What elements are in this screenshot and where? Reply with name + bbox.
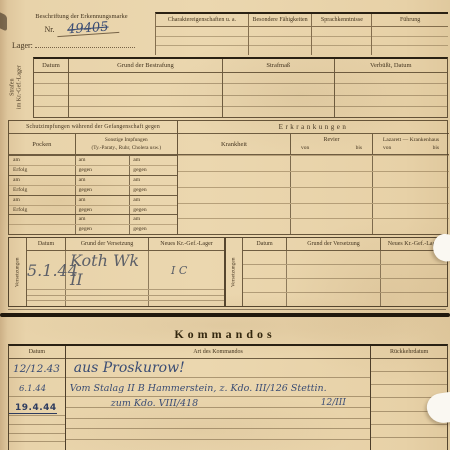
cell: gegen [130,166,177,175]
kommandos-table: Datum 12/12.43 6.1.44 19.4.44 Art des Ko… [8,344,448,450]
empty-row [223,84,333,95]
impfung-row: amamam [9,175,177,185]
erkennungsmarke-block: Beschriftung der Erkennungsmarke Nr. 494… [8,13,155,35]
scan-corner-mark [0,12,7,31]
cell: Erfolg [9,166,76,175]
empty-row [27,301,224,306]
empty-row [335,107,447,117]
schutzimpfungen-title: Schutzimpfungen während der Gefangenscha… [9,121,177,134]
empty-row [34,96,68,107]
nr-handwritten-value: 49405 [56,22,119,37]
empty-row [243,279,447,293]
col-header-grund: Grund der Versetzung [66,238,149,250]
section-divider-thick [0,313,450,317]
empty-row [9,425,65,434]
sonstige-line2: (Ty.-Paraty., Ruhr, Cholera usw.) [92,145,162,151]
lager-blank-line [35,40,135,48]
col-header-lazarett: Lazarett — Krankenhaus von bis [373,134,449,155]
empty-row [223,96,333,107]
empty-row [66,408,371,419]
cell [9,225,76,234]
empty-row [223,107,333,117]
entry-note: 12/III [321,398,346,408]
empty-row [156,37,248,47]
erkrankungen-title: Erkrankungen [178,121,449,134]
empty-row [9,416,65,425]
versetzungen-table-left: Versetzungen Datum Grund der Versetzung … [8,237,225,307]
versetzungen-table-right: Versetzungen Datum Grund der Versetzung … [225,237,448,307]
col-header: Datum [9,346,65,359]
cell: am [76,156,131,165]
cell: gegen [76,225,131,234]
empty-row [178,155,449,171]
entry-datum: 5.1.44 [27,251,66,289]
col-header: Strafmaß [223,59,333,73]
side-label-text: Versetzungen [14,257,21,287]
impfung-row: Erfolggegengegen [9,185,177,195]
strafen-side-label-line1: Strafen [9,79,15,96]
kommandos-title: Kommandos [0,327,450,342]
empty-row [335,73,447,84]
cell: am [76,176,131,185]
empty-row [335,96,447,107]
impfung-row: Erfolggegengegen [9,165,177,175]
col-header: Verbüßt, Datum [335,59,447,73]
col-header-datum: Datum [243,238,287,250]
von-label: von [383,145,391,151]
von-label: von [301,145,309,151]
col-besondere-faehigkeiten: Besondere Fähigkeiten [249,14,313,55]
strafen-col-grund: Grund der Bestrafung [69,59,223,117]
nr-label: Nr. [45,25,55,34]
empty-row [371,372,447,385]
empty-row [66,440,371,450]
col-header-krankheit: Krankheit [178,134,291,155]
entry-art: Vom Stalag II B Hammerstein, z. Kdo. III… [66,381,327,394]
entry-art: aus Proskurow! [66,360,185,376]
schutzimpfungen-table: Schutzimpfungen während der Gefangenscha… [9,121,178,234]
side-label-text: Versetzungen [231,257,238,287]
entry-datum-stamp: 19.4.44 [9,401,57,414]
cell: am [130,156,177,165]
kommando-row: zum Kdo. VIII/418 12/III [66,397,371,408]
cell: gegen [76,186,131,195]
col-header: Datum [34,59,68,73]
cell: am [9,176,76,185]
empty-row [69,107,222,117]
impfung-row: amamam [9,195,177,205]
erkennungsmarke-label: Beschriftung der Erkennungsmarke [8,13,155,20]
revier-label: Revier [324,137,340,143]
empty-row [372,46,448,55]
col-header: Rückkehrdatum [371,346,447,359]
cell [9,215,76,224]
cell: gegen [76,206,131,215]
empty-row [249,37,312,47]
empty-row [178,203,449,219]
versetzungen-side-label: Versetzungen [9,238,27,306]
kommando-row: aus Proskurow! [66,359,371,378]
strafen-side-label: Strafen im Kr.-Gef.-Lager [0,57,33,118]
bis-label: bis [356,145,362,151]
kommandos-col-datum: Datum 12/12.43 6.1.44 19.4.44 [9,346,66,450]
bis-label: bis [433,145,439,151]
entry-lager: I C [149,251,224,289]
col-header: Grund der Bestrafung [69,59,222,73]
strafen-table: Datum Grund der Bestrafung Strafmaß Verb… [33,57,448,118]
col-header-sonstige: Sonstige Impfungen (Ty.-Paraty., Ruhr, C… [76,134,177,155]
empty-row [69,96,222,107]
lazarett-label: Lazarett — Krankenhaus [383,137,439,143]
cell: am [9,156,76,165]
empty-row [9,442,65,450]
entry-datum: 6.1.44 [9,382,46,394]
empty-row [178,187,449,203]
empty-row [371,425,447,438]
empty-row [69,84,222,95]
kommando-row: 6.1.44 [9,378,65,397]
col-header: Sprachkenntnisse [312,14,371,27]
empty-row [9,434,65,443]
empty-row [312,37,371,47]
col-fuehrung: Führung [372,14,448,55]
cell: gegen [130,186,177,195]
lager-label: Lager: [12,41,33,50]
entry-datum: 12/12.43 [9,362,60,375]
strafen-col-verbuesst: Verbüßt, Datum [335,59,447,117]
col-header-neues-lager: Neues Kr.-Gef.-Lager [149,238,224,250]
empty-row [156,46,248,55]
empty-row [371,359,447,372]
col-header-grund: Grund der Versetzung [287,238,381,250]
cell: gegen [76,166,131,175]
empty-row [335,84,447,95]
cell: am [130,215,177,224]
impfung-row: amamam [9,155,177,165]
col-header-pocken: Pocken [9,134,76,155]
cell: Erfolg [9,186,76,195]
empty-row [178,218,449,234]
empty-row [223,73,333,84]
kommando-row: 12/12.43 [9,359,65,378]
empty-row [34,73,68,84]
empty-row [372,37,448,47]
medical-section: Schutzimpfungen während der Gefangenscha… [8,120,448,235]
col-header-datum: Datum [27,238,66,250]
empty-row [312,46,371,55]
impfung-row: Erfolggegengegen [9,205,177,215]
empty-row [243,265,447,279]
cell: gegen [130,206,177,215]
cell: am [9,196,76,205]
strafen-side-label-line2: im Kr.-Gef.-Lager [17,66,23,110]
kommando-row: Vom Stalag II B Hammerstein, z. Kdo. III… [66,378,371,397]
empty-row [156,27,248,37]
versetzungen-side-label: Versetzungen [226,238,243,306]
empty-row [249,46,312,55]
cell: am [130,196,177,205]
character-table: Charaktereigenschaften u. a. Besondere F… [155,12,448,55]
empty-row [66,429,371,440]
empty-row [243,293,447,306]
empty-row [249,27,312,37]
col-header: Charaktereigenschaften u. a. [156,14,248,27]
empty-row [312,27,371,37]
impfung-row: amam [9,214,177,224]
kommando-row: 19.4.44 [9,397,65,416]
lager-line: Lager: [12,40,152,50]
empty-row [66,419,371,430]
kommandos-col-art: Art des Kommandos aus Proskurow! Vom Sta… [66,346,372,450]
empty-row [372,27,448,37]
versetzung-entry-row: 5.1.44 Koth Wk II I C [27,251,224,290]
col-header: Führung [372,14,448,27]
empty-row [371,438,447,450]
cell: am [76,196,131,205]
col-header-revier: Revier von bis [291,134,373,155]
col-header: Besondere Fähigkeiten [249,14,312,27]
empty-row [69,73,222,84]
cell: am [76,215,131,224]
cell: Erfolg [9,206,76,215]
empty-row [34,107,68,117]
col-header: Art des Kommandos [66,346,371,359]
sonstige-line1: Sonstige Impfungen [105,137,148,143]
empty-row [34,84,68,95]
strafen-col-strafmass: Strafmaß [223,59,334,117]
section-divider-thin [8,309,446,310]
empty-row [178,171,449,187]
empty-row [243,251,447,265]
entry-grund: Koth Wk II [66,251,149,289]
cell: am [130,176,177,185]
col-sprachkenntnisse: Sprachkenntnisse [312,14,372,55]
cell: gegen [130,225,177,234]
impfung-row: gegengegen [9,224,177,234]
erkrankungen-table: Erkrankungen Krankheit Revier von bis La… [178,121,449,234]
col-charaktereigenschaften: Charaktereigenschaften u. a. [156,14,249,55]
strafen-col-datum: Datum [34,59,69,117]
